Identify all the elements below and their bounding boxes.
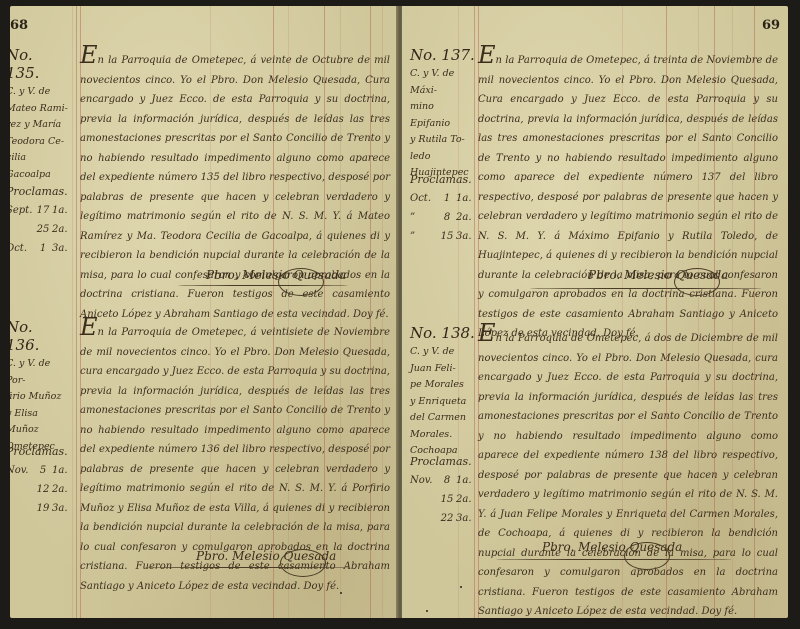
margin-line: del Carmen (410, 410, 476, 427)
margin-line: Muñoz (10, 422, 68, 439)
margin-line: C. y V. de Por- (10, 356, 68, 389)
entry-body: En la Parroquia de Ometepec, á dos de Di… (478, 324, 778, 618)
proclama-row: Oct.13a. (10, 239, 72, 258)
signature-rubric (280, 549, 326, 577)
proclamas-block: Proclamas. Nov.81a. 152a. 223a. (410, 452, 476, 528)
margin-line: C. y V. de (410, 344, 476, 361)
paper-speck (426, 610, 428, 612)
priest-signature: Pbro. Melesio Quesada (206, 268, 346, 282)
margin-ruling-line (76, 6, 77, 618)
page-number: 69 (762, 18, 780, 33)
margin-line: Teodora Ce- (10, 134, 68, 151)
entry-margin-note: No. 137. C. y V. de Máxi- mino Epifanio … (410, 46, 476, 182)
paper-speck (460, 586, 462, 588)
left-page: 68 No. 135. C. y V. de Mateo Rami- rez y… (10, 6, 398, 618)
proclama-row: Oct.11a. (410, 189, 476, 208)
signature-rubric (278, 268, 324, 296)
initial-letter: E (80, 313, 98, 341)
entry-number: No. 137. (410, 46, 476, 64)
margin-line: y Enriqueta (410, 394, 476, 411)
proclamas-block: Proclamas. Nov.51a. 122a. 193a. (10, 442, 72, 518)
proclama-row: Nov.81a. (410, 471, 476, 490)
proclama-row: 252a. (10, 220, 72, 239)
margin-line: C. y V. de Máxi- (410, 66, 476, 99)
proclama-row: Sept.171a. (10, 201, 72, 220)
proclamas-block: Proclamas. Oct.11a. ”82a. ”153a. (410, 170, 476, 246)
entry-margin-note: No. 135. C. y V. de Mateo Rami- rez y Ma… (10, 46, 68, 183)
initial-letter: E (80, 41, 98, 69)
proclama-row: 152a. (410, 490, 476, 509)
signature-flourish (530, 288, 762, 289)
entry-text: n la Parroquia de Ometepec, á dos de Dic… (478, 333, 778, 617)
initial-letter: E (478, 41, 496, 69)
ruling-line (72, 6, 73, 618)
proclama-row: ”82a. (410, 208, 476, 227)
signature-rubric (674, 268, 720, 296)
entry-text: n la Parroquia de Ometepec, á treinta de… (478, 55, 778, 339)
proclamas-title: Proclamas. (410, 452, 476, 471)
margin-line: Juan Feli- (410, 361, 476, 378)
margin-line: rez y María (10, 117, 68, 134)
right-page: 69 No. 137. C. y V. de Máxi- mino Epifan… (402, 6, 788, 618)
proclama-row: 193a. (10, 499, 72, 518)
margin-line: Mateo Rami- (10, 101, 68, 118)
entry-body: En la Parroquia de Ometepec, á veinte de… (80, 46, 390, 324)
signature-flourish (496, 559, 732, 560)
margin-line: pe Morales (410, 377, 476, 394)
proclama-row: 122a. (10, 480, 72, 499)
entry-number: No. 135. (10, 46, 68, 82)
margin-line: y Rutila To- (410, 132, 476, 149)
margin-line: Gacoalpa (10, 167, 68, 184)
margin-line: mino Epifanio (410, 99, 476, 132)
margin-line: ledo (410, 149, 476, 166)
proclamas-title: Proclamas. (10, 442, 72, 461)
paper-speck (340, 592, 342, 594)
entry-number: No. 138. (410, 324, 476, 342)
entry-number: No. 136. (10, 318, 68, 354)
margin-line: y Elisa (10, 406, 68, 423)
proclamas-title: Proclamas. (10, 182, 72, 201)
proclama-row: Nov.51a. (10, 461, 72, 480)
margin-line: cilia (10, 150, 68, 167)
signature-rubric (624, 542, 670, 570)
margin-line: C. y V. de (10, 84, 68, 101)
page-number: 68 (10, 18, 28, 33)
initial-letter: E (478, 319, 496, 347)
margin-line: firio Muñoz (10, 389, 68, 406)
entry-body: En la Parroquia de Ometepec, á treinta d… (478, 46, 778, 344)
margin-line: Morales. (410, 427, 476, 444)
register-spread: 68 No. 135. C. y V. de Mateo Rami- rez y… (0, 0, 800, 629)
entry-margin-note: No. 136. C. y V. de Por- firio Muñoz y E… (10, 318, 68, 455)
proclama-row: ”153a. (410, 227, 476, 246)
proclama-row: 223a. (410, 509, 476, 528)
proclamas-block: Proclamas. Sept.171a. 252a. Oct.13a. (10, 182, 72, 258)
proclamas-title: Proclamas. (410, 170, 476, 189)
entry-margin-note: No. 138. C. y V. de Juan Feli- pe Morale… (410, 324, 476, 460)
